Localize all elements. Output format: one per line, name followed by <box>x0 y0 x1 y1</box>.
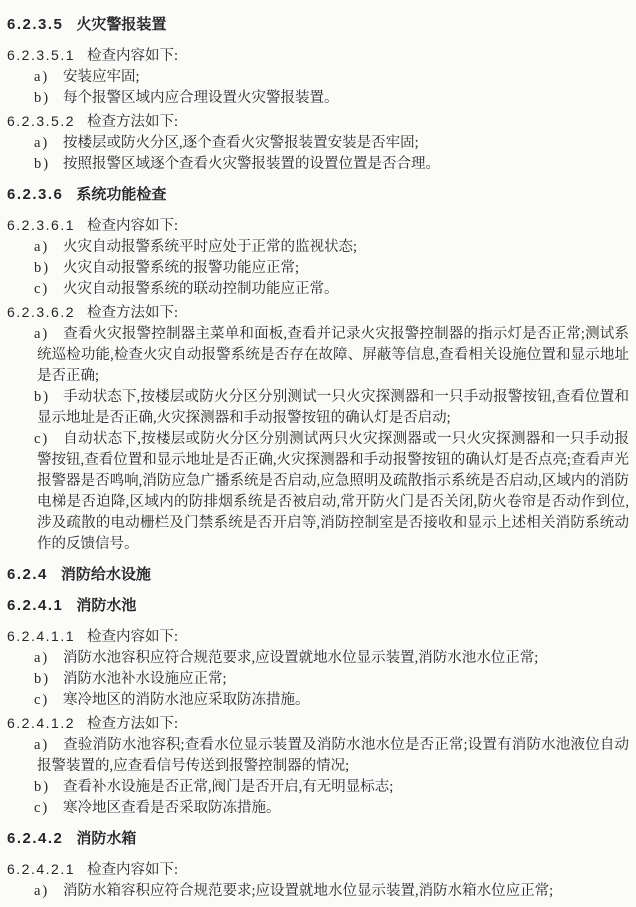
item-text: 火灾自动报警系统的联动控制功能应正常。 <box>63 281 339 297</box>
list-item: c)寒冷地区的消防水池应采取防冻措施。 <box>7 690 629 711</box>
item-label: b) <box>34 669 63 690</box>
section-title: 消防给水设施 <box>61 566 151 583</box>
clause-text: 检查内容如下: <box>87 862 178 878</box>
section-heading-fire-alarm-devices: 6.2.3.5火灾警报装置 <box>7 14 629 36</box>
list-item: b)每个报警区域内应合理设置火灾警报装置。 <box>7 88 629 109</box>
item-text: 按照报警区域逐个查看火灾警报装置的设置位置是否合理。 <box>63 156 440 172</box>
item-text: 查看补水设施是否正常,阀门是否开启,有无明显标志; <box>63 779 393 795</box>
item-label: a) <box>34 237 63 258</box>
item-label: b) <box>34 777 63 798</box>
section-heading-fire-water-pool: 6.2.4.1消防水池 <box>7 595 629 617</box>
item-label: a) <box>34 133 63 154</box>
list-item: a)安装应牢固; <box>7 67 629 88</box>
clause-number: 6.2.4.2.1 <box>7 861 75 877</box>
item-text: 消防水箱容积应符合规范要求;应设置就地水位显示装置,消防水箱水位应正常; <box>63 883 553 899</box>
list-item: c)寒冷地区查看是否采取防冻措施。 <box>7 798 629 819</box>
clause-line: 6.2.3.5.2检查方法如下: <box>7 111 629 133</box>
list-item: b)手动状态下,按楼层或防火分区分别测试一只火灾探测器和一只手动报警按钮,查看位… <box>7 387 629 429</box>
item-label: c) <box>34 690 63 711</box>
item-text: 消防水池补水设施应正常; <box>63 671 227 687</box>
item-text: 手动状态下,按楼层或防火分区分别测试一只火灾探测器和一只手动报警按钮,查看位置和… <box>37 389 629 426</box>
item-label: a) <box>34 648 63 669</box>
clause-line: 6.2.3.6.2检查方法如下: <box>7 302 629 324</box>
section-heading-fire-water-tank: 6.2.4.2消防水箱 <box>7 828 629 850</box>
clause-number: 6.2.3.5.2 <box>7 113 75 129</box>
clause-text: 检查内容如下: <box>87 218 178 234</box>
clause-line: 6.2.4.1.2检查方法如下: <box>7 713 629 735</box>
clause-line: 6.2.3.6.1检查内容如下: <box>7 215 629 237</box>
list-item: b)查看补水设施是否正常,阀门是否开启,有无明显标志; <box>7 777 629 798</box>
item-text: 消防水池容积应符合规范要求,应设置就地水位显示装置,消防水池水位正常; <box>63 650 538 666</box>
item-text: 按楼层或防火分区,逐个查看火灾警报装置安装是否牢固; <box>63 135 419 151</box>
section-title: 消防水池 <box>76 597 136 614</box>
item-text: 查验消防水池容积;查看水位显示装置及消防水池水位是否正常;设置有消防水池液位自动… <box>37 737 629 774</box>
list-item: c)火灾自动报警系统的联动控制功能应正常。 <box>7 279 629 300</box>
item-text: 寒冷地区查看是否采取防冻措施。 <box>63 800 281 816</box>
item-label: c) <box>34 279 63 300</box>
item-text: 安装应牢固; <box>63 69 140 85</box>
item-label: a) <box>34 881 63 902</box>
section-heading-system-function-check: 6.2.3.6系统功能检查 <box>7 184 629 206</box>
clause-line: 6.2.4.2.1检查内容如下: <box>7 859 629 881</box>
item-label: b) <box>34 387 63 408</box>
list-item: a)按楼层或防火分区,逐个查看火灾警报装置安装是否牢固; <box>7 133 629 154</box>
clause-text: 检查方法如下: <box>87 114 178 130</box>
list-item: a)查看火灾报警控制器主菜单和面板,查看并记录火灾报警控制器的指示灯是否正常;测… <box>7 324 629 387</box>
clause-line: 6.2.3.5.1检查内容如下: <box>7 45 629 67</box>
item-text: 火灾自动报警系统的报警功能应正常; <box>63 260 299 276</box>
item-label: b) <box>34 154 63 175</box>
list-item: a)查验消防水池容积;查看水位显示装置及消防水池水位是否正常;设置有消防水池液位… <box>7 735 629 777</box>
item-text: 自动状态下,按楼层或防火分区分别测试两只火灾探测器或一只火灾探测器和一只手动报警… <box>37 431 629 552</box>
clause-text: 检查内容如下: <box>87 629 178 645</box>
clause-number: 6.2.3.6.1 <box>7 217 75 233</box>
section-title: 消防水箱 <box>76 830 136 847</box>
clause-number: 6.2.3.6.2 <box>7 304 75 320</box>
item-text: 查看火灾报警控制器主菜单和面板,查看并记录火灾报警控制器的指示灯是否正常;测试系… <box>37 326 629 384</box>
list-item: b)按照报警区域逐个查看火灾警报装置的设置位置是否合理。 <box>7 154 629 175</box>
item-label: a) <box>34 67 63 88</box>
list-item: a)消防水池容积应符合规范要求,应设置就地水位显示装置,消防水池水位正常; <box>7 648 629 669</box>
section-heading-fire-water-supply: 6.2.4消防给水设施 <box>7 564 629 586</box>
clause-line: 6.2.4.1.1检查内容如下: <box>7 626 629 648</box>
list-item: b)火灾自动报警系统的报警功能应正常; <box>7 258 629 279</box>
item-text: 每个报警区域内应合理设置火灾警报装置。 <box>63 90 339 106</box>
item-label: c) <box>34 798 63 819</box>
section-number: 6.2.4 <box>7 566 48 583</box>
list-item: b)消防水池补水设施应正常; <box>7 669 629 690</box>
clause-number: 6.2.4.1.1 <box>7 628 75 644</box>
list-item: a)消防水箱容积应符合规范要求;应设置就地水位显示装置,消防水箱水位应正常; <box>7 881 629 902</box>
section-number: 6.2.4.1 <box>7 597 63 614</box>
item-label: a) <box>34 324 63 345</box>
document-page: 6.2.3.5火灾警报装置 6.2.3.5.1检查内容如下: a)安装应牢固; … <box>0 0 636 907</box>
clause-text: 检查内容如下: <box>87 48 178 64</box>
clause-text: 检查方法如下: <box>87 716 178 732</box>
section-number: 6.2.3.6 <box>7 186 63 203</box>
list-item: a)火灾自动报警系统平时应处于正常的监视状态; <box>7 237 629 258</box>
item-label: a) <box>34 735 63 756</box>
item-label: c) <box>34 429 63 450</box>
item-text: 寒冷地区的消防水池应采取防冻措施。 <box>63 692 310 708</box>
list-item: c)自动状态下,按楼层或防火分区分别测试两只火灾探测器或一只火灾探测器和一只手动… <box>7 429 629 555</box>
item-label: b) <box>34 88 63 109</box>
clause-text: 检查方法如下: <box>87 305 178 321</box>
section-number: 6.2.4.2 <box>7 830 63 847</box>
section-number: 6.2.3.5 <box>7 16 63 33</box>
clause-number: 6.2.3.5.1 <box>7 47 75 63</box>
item-text: 火灾自动报警系统平时应处于正常的监视状态; <box>63 239 357 255</box>
section-title: 火灾警报装置 <box>76 16 166 33</box>
item-label: b) <box>34 258 63 279</box>
clause-number: 6.2.4.1.2 <box>7 715 75 731</box>
section-title: 系统功能检查 <box>76 186 166 203</box>
